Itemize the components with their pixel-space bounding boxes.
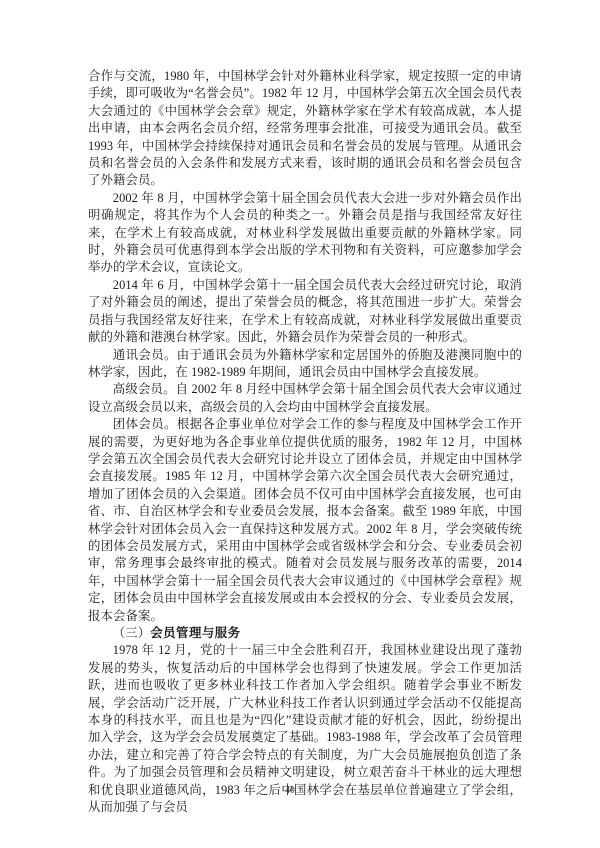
paragraph-group-member: 团体会员。根据各企事业单位对学会工作的参与程度及中国林学会工作开展的需要，为更好… bbox=[88, 416, 522, 625]
paragraph-foreign-member-2002: 2002 年 8 月，中国林学会第十届全国会员代表大会进一步对外籍会员作出明确规… bbox=[88, 190, 522, 277]
paragraph-correspondence-member: 通讯会员。由于通讯会员为外籍林学家和定居国外的侨胞及港澳同胞中的林学家，因此，在… bbox=[88, 347, 522, 382]
paragraph-honorary-member-2014: 2014 年 6 月，中国林学会第十一届全国会员代表大会经过研究讨论，取消了对外… bbox=[88, 277, 522, 347]
paragraph-senior-member: 高级会员。自 2002 年 8 月经中国林学会第十届全国会员代表大会审议通过设立… bbox=[88, 381, 522, 416]
paragraph-membership-honorary-history: 合作与交流，1980 年，中国林学会针对外籍林业科学家，规定按照一定的申请手续，… bbox=[88, 68, 522, 190]
page-number: 40 bbox=[88, 786, 492, 796]
section-heading-title: 会员管理与服务 bbox=[150, 626, 240, 640]
document-page: 合作与交流，1980 年，中国林学会针对外籍林业科学家，规定按照一定的申请手续，… bbox=[0, 0, 600, 848]
text-block: 合作与交流，1980 年，中国林学会针对外籍林业科学家，规定按照一定的申请手续，… bbox=[88, 68, 522, 816]
section-heading: （三）会员管理与服务 bbox=[88, 625, 522, 642]
section-heading-number: （三） bbox=[113, 626, 150, 640]
